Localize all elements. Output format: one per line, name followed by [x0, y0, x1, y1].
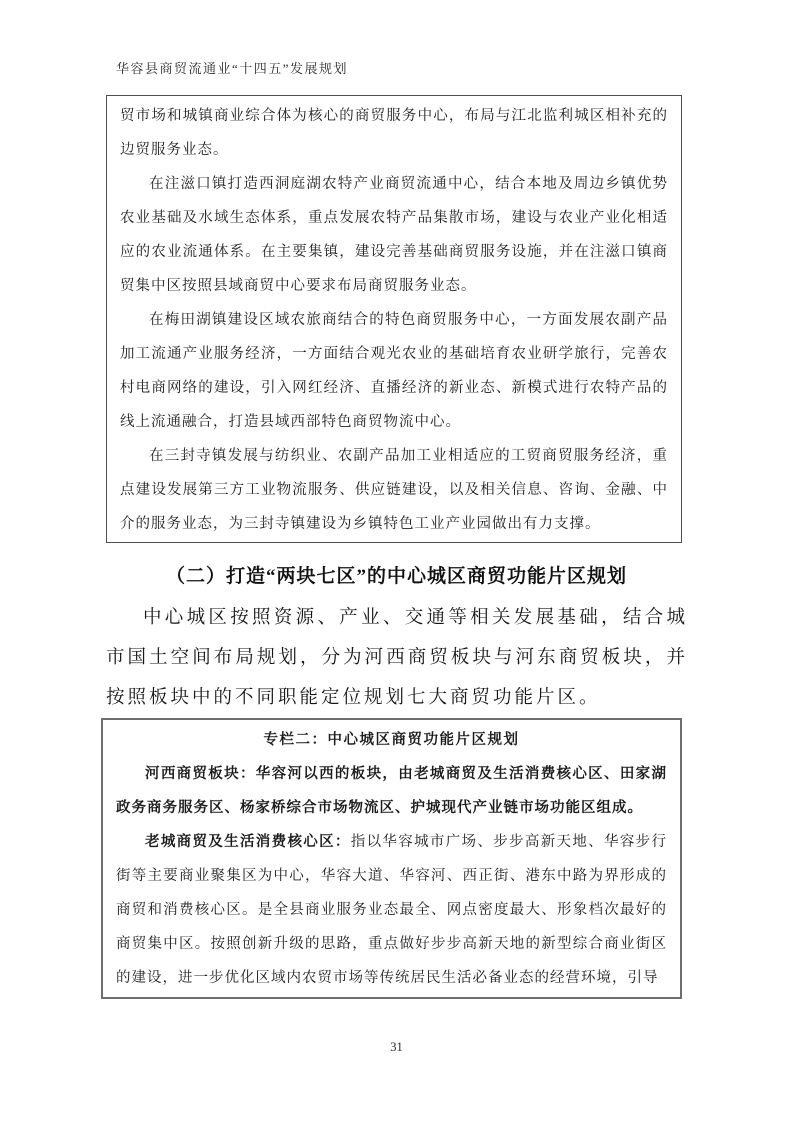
callout-box-zhuanlan2: 专栏二：中心城区商贸功能片区规划 河西商贸板块：华容河以西的板块，由老城商贸及生… [101, 718, 682, 999]
callout-paragraph-laocheng: 老城商贸及生活消费核心区：指以华容城市广场、步步高新天地、华容步行街等主要商业聚… [116, 825, 667, 995]
towns-paragraph-continuation: 贸市场和城镇商业综合体为核心的商贸服务中心，布局与江北监利城区相补充的边贸服务业… [120, 99, 668, 167]
callout-title: 专栏二：中心城区商贸功能片区规划 [116, 723, 667, 757]
callout-paragraph-laocheng-lead: 老城商贸及生活消费核心区： [145, 834, 351, 850]
towns-planning-box: 贸市场和城镇商业综合体为核心的商贸服务中心，布局与江北监利城区相补充的边贸服务业… [106, 95, 682, 543]
towns-paragraph-zhuzikou: 在注滋口镇打造西洞庭湖农特产业商贸流通中心，结合本地及周边乡镇优势农业基础及水域… [120, 167, 668, 303]
callout-paragraph-laocheng-text: 指以华容城市广场、步步高新天地、华容步行街等主要商业聚集区为中心，华容大道、华容… [116, 834, 667, 986]
section-heading: （二）打造“两块七区”的中心城区商贸功能片区规划 [0, 561, 793, 588]
section-paragraph: 中心城区按照资源、产业、交通等相关发展基础，结合城市国土空间布局规划，分为河西商… [106, 598, 688, 718]
callout-paragraph-hexi: 河西商贸板块：华容河以西的板块，由老城商贸及生活消费核心区、田家湖政务商务服务区… [116, 757, 667, 825]
document-page: 华容县商贸流通业“十四五”发展规划 贸市场和城镇商业综合体为核心的商贸服务中心，… [0, 0, 793, 1122]
page-header-title: 华容县商贸流通业“十四五”发展规划 [116, 58, 348, 77]
page-number: 31 [0, 1040, 793, 1055]
towns-paragraph-meitianhu: 在梅田湖镇建设区域农旅商结合的特色商贸服务中心，一方面发展农副产品加工流通产业服… [120, 303, 668, 439]
callout-paragraph-hexi-lead: 河西商贸板块： [145, 766, 256, 782]
towns-paragraph-sanfengsi: 在三封寺镇发展与纺织业、农副产品加工业相适应的工贸商贸服务经济，重点建设发展第三… [120, 439, 668, 541]
